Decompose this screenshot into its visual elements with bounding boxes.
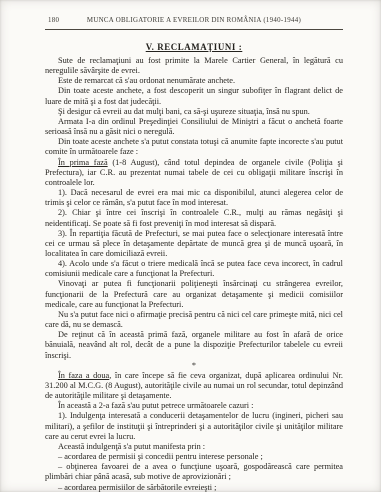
paragraph: Nu s'a putut face nici o afirmaţie preci… [45,310,343,330]
underlined-phrase: În faza a doua [58,371,109,380]
dash-item: – acordarea de permisii şi concedii pent… [45,452,343,462]
running-title: MUNCA OBLIGATORIE A EVREILOR DIN ROMÂNIA… [45,17,343,24]
paragraph: În această a 2-a fază s'au putut petrece… [45,401,343,411]
body-text: Sute de reclamaţiuni au fost primite la … [45,56,343,492]
underlined-phrase: În prima fază [58,158,108,167]
page-number: 180 [48,17,59,24]
text-block: 180 MUNCA OBLIGATORIE A EVREILOR DIN ROM… [45,17,343,492]
paragraph: Din toate aceste anchete, a fost descope… [45,86,343,106]
paragraph: Este de remarcat că s'au ordonat nenumăr… [45,76,343,86]
numbered-item: 3). În repartiţia făcută de Prefecturi, … [45,229,343,259]
paragraph: Armata I-a din ordinul Preşedinţiei Cons… [45,117,343,137]
section-title: V. RECLAMAŢIUNI : [45,42,343,52]
paragraph-phase-2: În faza a doua, în care începe să fie ce… [45,371,343,401]
paragraph: Din toate aceste anchete s'a putut const… [45,137,343,157]
dash-item: – acordarea permisiilor de sărbătorile e… [45,483,343,492]
paragraph: De reţinut că în această primă fază, org… [45,330,343,360]
numbered-item: 1). Indulgenţa interesată a conducerii d… [45,411,343,441]
numbered-item: 4). Acolo unde s'a făcut o triere medica… [45,259,343,279]
running-header: 180 MUNCA OBLIGATORIE A EVREILOR DIN ROM… [45,17,343,27]
header-rule [45,29,343,30]
paragraph: Vinovaţi ar putea fi funcţionarii poliţi… [45,279,343,309]
numbered-item: 2). Chiar şi între cei înscrişi în contr… [45,208,343,228]
dash-item: – obţinerea favoarei de a avea o funcţiu… [45,462,343,482]
paragraph: Sute de reclamaţiuni au fost primite la … [45,56,343,76]
scanned-page: 180 MUNCA OBLIGATORIE A EVREILOR DIN ROM… [0,0,381,492]
section-separator: * [45,361,343,371]
paragraph: Şi desigur că evreii au dat mulţi bani, … [45,107,343,117]
paragraph-phase-1: În prima fază (1-8 August), când totul d… [45,158,343,188]
paragraph: Această indulgenţă s'a putut manifesta p… [45,442,343,452]
numbered-item: 1). Dacă necesarul de evrei era mai mic … [45,188,343,208]
